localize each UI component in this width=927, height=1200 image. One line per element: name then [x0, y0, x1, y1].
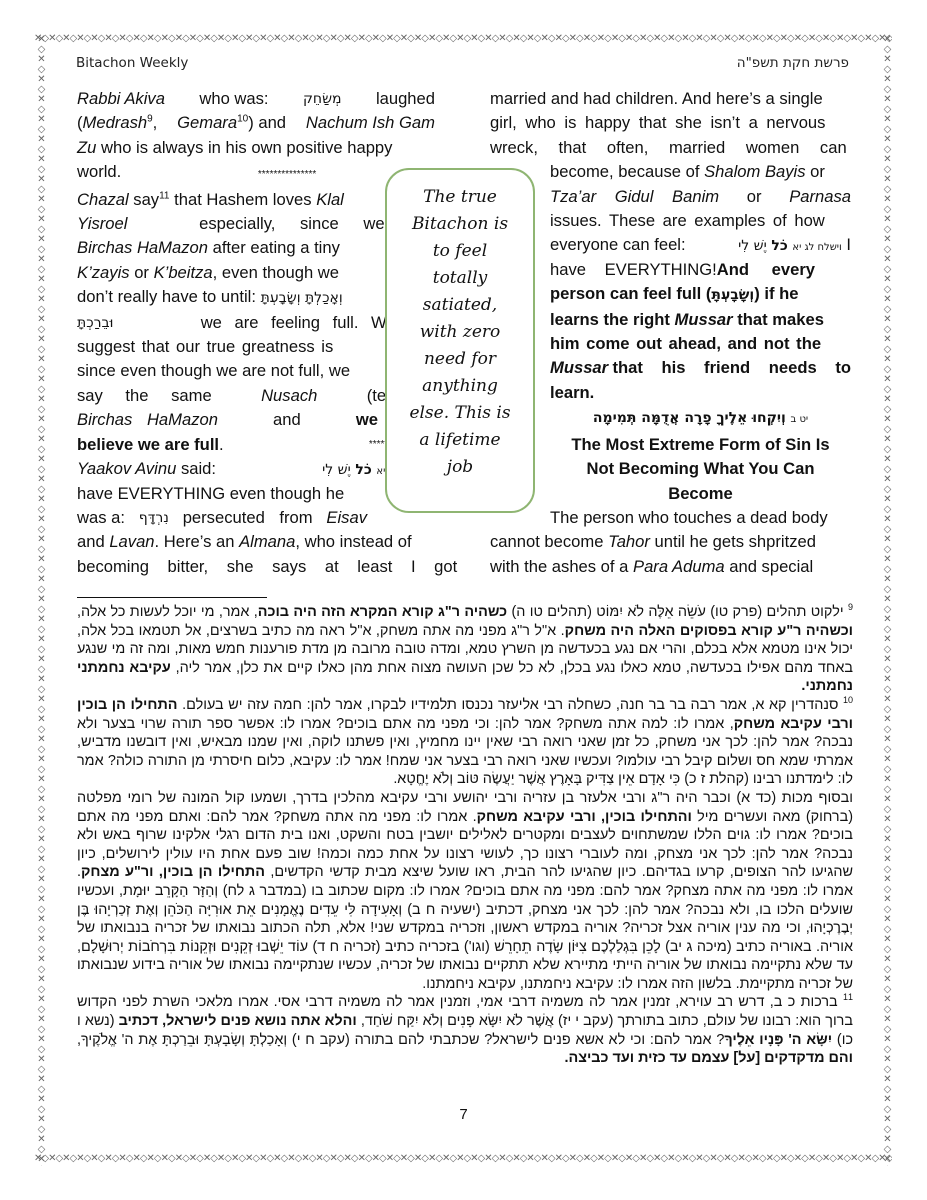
text-line: Birchas HaMazon and we make	[77, 408, 435, 432]
text-line: Chazal say11 that Hashem loves Klal	[77, 188, 435, 212]
footnote-ref[interactable]: 10	[237, 114, 248, 125]
text-line: him come out ahead, and not the	[490, 332, 851, 356]
text-line: world. ***************	[77, 160, 435, 187]
text-line: girl, who is happy that she isn’t a nerv…	[490, 111, 851, 135]
text-line: Yisroel especially, since we say	[77, 212, 435, 236]
footnotes: 9 ילקוט תהלים (פרק טו) עֹשֵׂה אֵלֶּה לֹא…	[77, 603, 853, 1068]
section-heading: Not Becoming What You Can	[490, 457, 851, 481]
text-line: wreck, that often, married women can	[490, 136, 851, 160]
page-border-left: ✕◇✕◇✕◇✕◇✕◇✕◇✕◇✕◇✕◇✕◇✕◇✕◇✕◇✕◇✕◇✕◇✕◇✕◇✕◇✕◇…	[34, 34, 46, 1166]
text-line: don’t really have to until: וְאָכַלְתָּ …	[77, 285, 435, 310]
text-line: and Lavan. Here’s an Almana, who instead…	[77, 530, 435, 554]
text-line: learns the right Mussar that makes	[490, 308, 851, 332]
text-line: cannot become Tahor until he gets shprit…	[490, 530, 851, 554]
text-line: (Medrash9, Gemara10) and Nachum Ish Gam	[77, 111, 435, 135]
text-line: become, because of Shalom Bayis or	[490, 160, 851, 184]
text-line: everyone can feel: וישלח לג יא כֹל יֶשׁ …	[490, 233, 851, 257]
section-separator: ***************	[258, 169, 316, 180]
text-line: believe we are full. *****************	[77, 433, 435, 457]
right-column: married and had children. And here’s a s…	[490, 87, 851, 579]
text-line: Tza’ar Gidul Banim or Parnasa	[490, 185, 851, 209]
footnote-9: 9 ילקוט תהלים (פרק טו) עֹשֵׂה אֵלֶּה לֹא…	[77, 603, 853, 696]
footnote-10-continued: ובסוף מכות (כד א) וכבר היה ר"ג ורבי אלעז…	[77, 789, 853, 994]
page-border-top: ✕◇✕◇✕◇✕◇✕◇✕◇✕◇✕◇✕◇✕◇✕◇✕◇✕◇✕◇✕◇✕◇✕◇✕◇✕◇✕◇…	[34, 34, 892, 46]
verse-heading: יט ב וְיִקְחוּ אֵלֶיךָ פָרָה אֲדֻמָּה תְ…	[490, 405, 851, 432]
text-line: was a: נִרְדָּף persecuted from Eisav	[77, 506, 367, 530]
section-heading: Become	[490, 482, 851, 506]
text-line: Mussar that his friend needs to	[490, 356, 851, 380]
hebrew-word: נִרְדָּף	[139, 506, 169, 530]
text-line: have EVERYTHING even though he	[77, 482, 435, 506]
footnote-separator	[77, 597, 267, 598]
text-line: Rabbi Akiva who was: מְשַׂחֵק laughed	[77, 87, 435, 111]
text-line: with the ashes of a Para Aduma and speci…	[490, 555, 851, 579]
text-line: learn.	[490, 381, 851, 405]
footnote-11: 11 ברכות כ ב, דרש רב עוירא, זמנין אמר לה…	[77, 993, 853, 1067]
text-line: וּבֵרַכְתָּ we are feeling full. We can	[77, 311, 435, 335]
footnote-ref[interactable]: 11	[159, 190, 169, 201]
hebrew-word: וּבֵרַכְתָּ	[77, 311, 113, 335]
text-line: issues. These are examples of how	[490, 209, 851, 233]
page-border-bottom: ✕◇✕◇✕◇✕◇✕◇✕◇✕◇✕◇✕◇✕◇✕◇✕◇✕◇✕◇✕◇✕◇✕◇✕◇✕◇✕◇…	[34, 1154, 892, 1166]
text-line: say the same Nusach (text) of	[77, 384, 435, 408]
hebrew-word: מְשַׂחֵק	[303, 87, 342, 111]
text-line: Yaakov Avinu said: וישלח לג יא כֹל יֶשׁ …	[77, 457, 435, 481]
text-line: Birchas HaMazon after eating a tiny	[77, 236, 435, 260]
text-line: since even though we are not full, we	[77, 359, 435, 383]
hebrew-phrase: וְאָכַלְתָּ וְשָׂבָעְתָּ	[261, 290, 343, 306]
text-line: suggest that our true greatness is	[77, 335, 435, 359]
text-line: have EVERYTHING! And every	[490, 258, 738, 282]
text-line: married and had children. And here’s a s…	[490, 87, 851, 111]
footnote-10: 10 סנהדרין קא א, אמר רבה בר בר חנה, כשחל…	[77, 696, 853, 789]
section-heading: The Most Extreme Form of Sin Is	[490, 433, 851, 457]
page-border-right: ✕◇✕◇✕◇✕◇✕◇✕◇✕◇✕◇✕◇✕◇✕◇✕◇✕◇✕◇✕◇✕◇✕◇✕◇✕◇✕◇…	[880, 34, 892, 1166]
text-line: person can feel full (וְשָׂבָעְתָּ) if h…	[490, 282, 851, 307]
parsha-title: פרשת חקת תשפ"ה	[737, 55, 849, 71]
page-number: 7	[0, 1106, 927, 1123]
footnote-ref[interactable]: 9	[147, 114, 153, 125]
newsletter-title: Bitachon Weekly	[76, 55, 188, 71]
text-line: becoming bitter, she says at least I got	[77, 555, 435, 579]
text-line: K’zayis or K’beitza, even though we	[77, 261, 435, 285]
text-line: Zu who is always in his own positive hap…	[77, 136, 435, 160]
text-line: The person who touches a dead body	[490, 506, 851, 530]
left-column: Rabbi Akiva who was: מְשַׂחֵק laughed (M…	[77, 87, 435, 579]
